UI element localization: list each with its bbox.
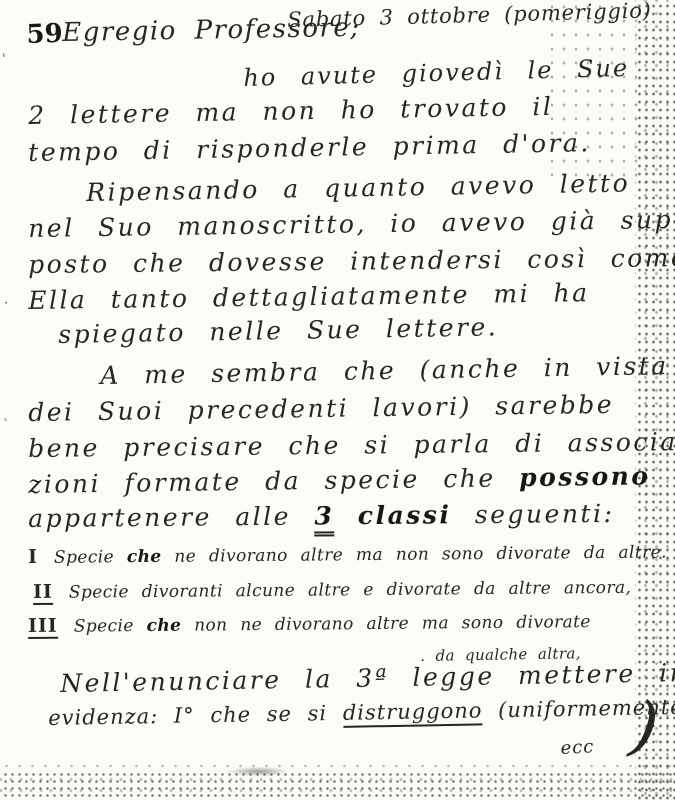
handwritten-line: posto che dovesse intendersi così come: [28, 243, 675, 279]
line-text: appartenere alle: [28, 502, 291, 533]
overwritten-word-che: che: [127, 547, 162, 567]
underlined-word-distruggono: distruggono: [343, 698, 483, 727]
handwritten-line: nel Suo manoscritto, io avevo già sup-: [28, 205, 675, 243]
handwritten-line: 2 lettere ma non ho trovato il: [28, 92, 554, 130]
scan-noise-bottom-sparse: [0, 760, 675, 774]
roman-numeral-one: I: [28, 546, 38, 568]
scanned-letter-page: ' · ` 59 Egregio Professore; Sabato 3 ot…: [0, 0, 675, 800]
handwritten-line: dei Suoi precedenti lavori) sarebbe: [28, 390, 614, 427]
overwritten-word-possono: possono: [519, 461, 651, 492]
list-item-class-2: IISpecie divoranti alcune altre e divora…: [33, 576, 631, 605]
overwritten-word-classi: classi: [358, 500, 452, 530]
roman-numeral-three: III: [28, 615, 58, 639]
scan-noise-bottom-edge: [0, 770, 675, 800]
overwritten-word-che: che: [147, 616, 182, 636]
list-text: ne divorano altre ma non sono divorate d…: [174, 542, 667, 566]
line-text: evidenza: I° che se si: [48, 701, 327, 730]
line-text: zioni formate da specie che: [28, 463, 496, 499]
handwritten-line-classi: appartenere alle 3 classi seguenti:: [28, 499, 615, 533]
handwritten-line: A me sembra che (anche in vista: [100, 351, 669, 390]
scan-smudge: [228, 767, 288, 776]
handwritten-line-possono: zioni formate da specie che possono: [28, 461, 651, 499]
roman-numeral-two: II: [33, 581, 53, 605]
line-text: seguenti:: [475, 499, 615, 529]
closing-line-1: Nell'enunciare la 3ª legge mettere in: [60, 658, 675, 698]
handwritten-line: tempo di risponderle prima d'ora.: [28, 128, 591, 167]
underlined-number-three: 3: [314, 501, 334, 536]
closing-line-3-ecc: ecc: [560, 736, 595, 759]
handwritten-line: spiegato nelle Sue lettere.: [58, 312, 498, 349]
list-text: non ne divorano altre ma sono divorate: [194, 612, 591, 635]
list-text: Specie divoranti alcune altre e divorate…: [69, 578, 632, 603]
handwritten-line: bene precisare che si parla di associa-: [28, 427, 675, 463]
page-number: 59: [26, 19, 63, 50]
handwritten-line: Ripensando a quanto avevo letto: [86, 169, 630, 207]
list-text: Specie: [74, 616, 134, 637]
closing-line-2: evidenza: I° che se si distruggono (unif…: [48, 695, 675, 730]
margin-speck: `: [2, 418, 9, 433]
list-text: Specie: [54, 547, 114, 568]
list-item-class-3: IIISpecie che non ne divorano altre ma s…: [28, 610, 591, 639]
margin-speck: ': [2, 52, 6, 67]
handwritten-line: Ella tanto dettagliatamente mi ha: [28, 278, 590, 315]
margin-speck: ·: [4, 296, 8, 311]
list-item-class-1: ISpecie che ne divorano altre ma non son…: [28, 540, 667, 568]
